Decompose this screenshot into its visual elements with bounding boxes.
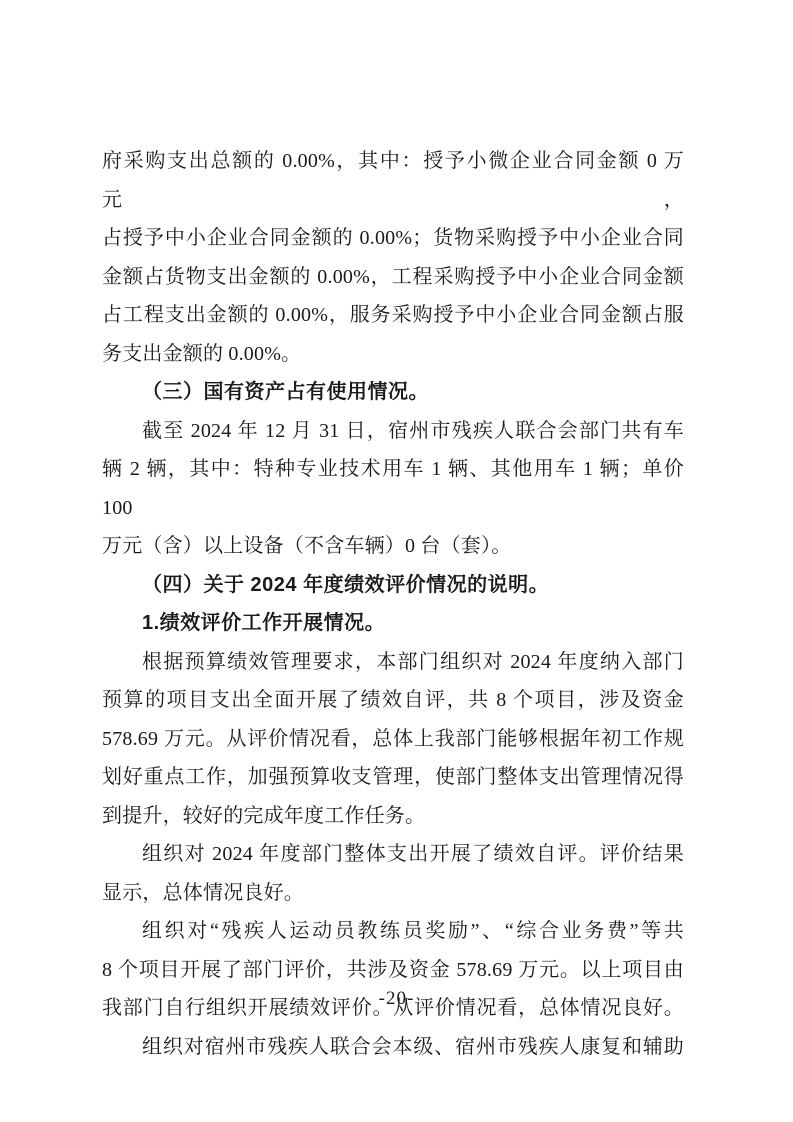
doc-line: 占工程支出金额的 0.00%，服务采购授予中小企业合同金额占服: [102, 296, 684, 335]
doc-line: 务支出金额的 0.00%。: [102, 335, 684, 374]
doc-line: 根据预算绩效管理要求，本部门组织对 2024 年度纳入部门: [102, 643, 684, 682]
doc-line: 显示，总体情况良好。: [102, 874, 684, 913]
doc-line: 预算的项目支出全面开展了绩效自评，共 8 个项目，涉及资金: [102, 681, 684, 720]
doc-line: 截至 2024 年 12 月 31 日，宿州市残疾人联合会部门共有车: [102, 412, 684, 451]
doc-line: 组织对宿州市残疾人联合会本级、宿州市残疾人康复和辅助: [102, 1028, 684, 1067]
doc-line: 万元（含）以上设备（不含车辆）0 台（套）。: [102, 527, 684, 566]
doc-line: 金额占货物支出金额的 0.00%，工程采购授予中小企业合同金额: [102, 258, 684, 297]
doc-line: 组织对 2024 年度部门整体支出开展了绩效自评。评价结果: [102, 835, 684, 874]
doc-line: 8 个项目开展了部门评价，共涉及资金 578.69 万元。以上项目由: [102, 951, 684, 990]
doc-line: 占授予中小企业合同金额的 0.00%；货物采购授予中小企业合同: [102, 219, 684, 258]
section-heading-3: （三）国有资产占有使用情况。: [102, 373, 684, 412]
doc-line: 578.69 万元。从评价情况看，总体上我部门能够根据年初工作规: [102, 720, 684, 759]
page-number: -20-: [0, 988, 793, 1010]
doc-line: 辆 2 辆，其中：特种专业技术用车 1 辆、其他用车 1 辆；单价 100: [102, 450, 684, 527]
subsection-heading-1: 1.绩效评价工作开展情况。: [102, 604, 684, 643]
document-page: 府采购支出总额的 0.00%，其中：授予小微企业合同金额 0 万元， 占授予中小…: [0, 0, 793, 1122]
doc-line: 到提升，较好的完成年度工作任务。: [102, 797, 684, 836]
document-body: 府采购支出总额的 0.00%，其中：授予小微企业合同金额 0 万元， 占授予中小…: [102, 142, 684, 1066]
doc-line: 组织对“残疾人运动员教练员奖励”、“综合业务费”等共: [102, 912, 684, 951]
doc-line: 划好重点工作，加强预算收支管理，使部门整体支出管理情况得: [102, 758, 684, 797]
doc-line: 府采购支出总额的 0.00%，其中：授予小微企业合同金额 0 万元，: [102, 142, 684, 219]
section-heading-4: （四）关于 2024 年度绩效评价情况的说明。: [102, 566, 684, 605]
